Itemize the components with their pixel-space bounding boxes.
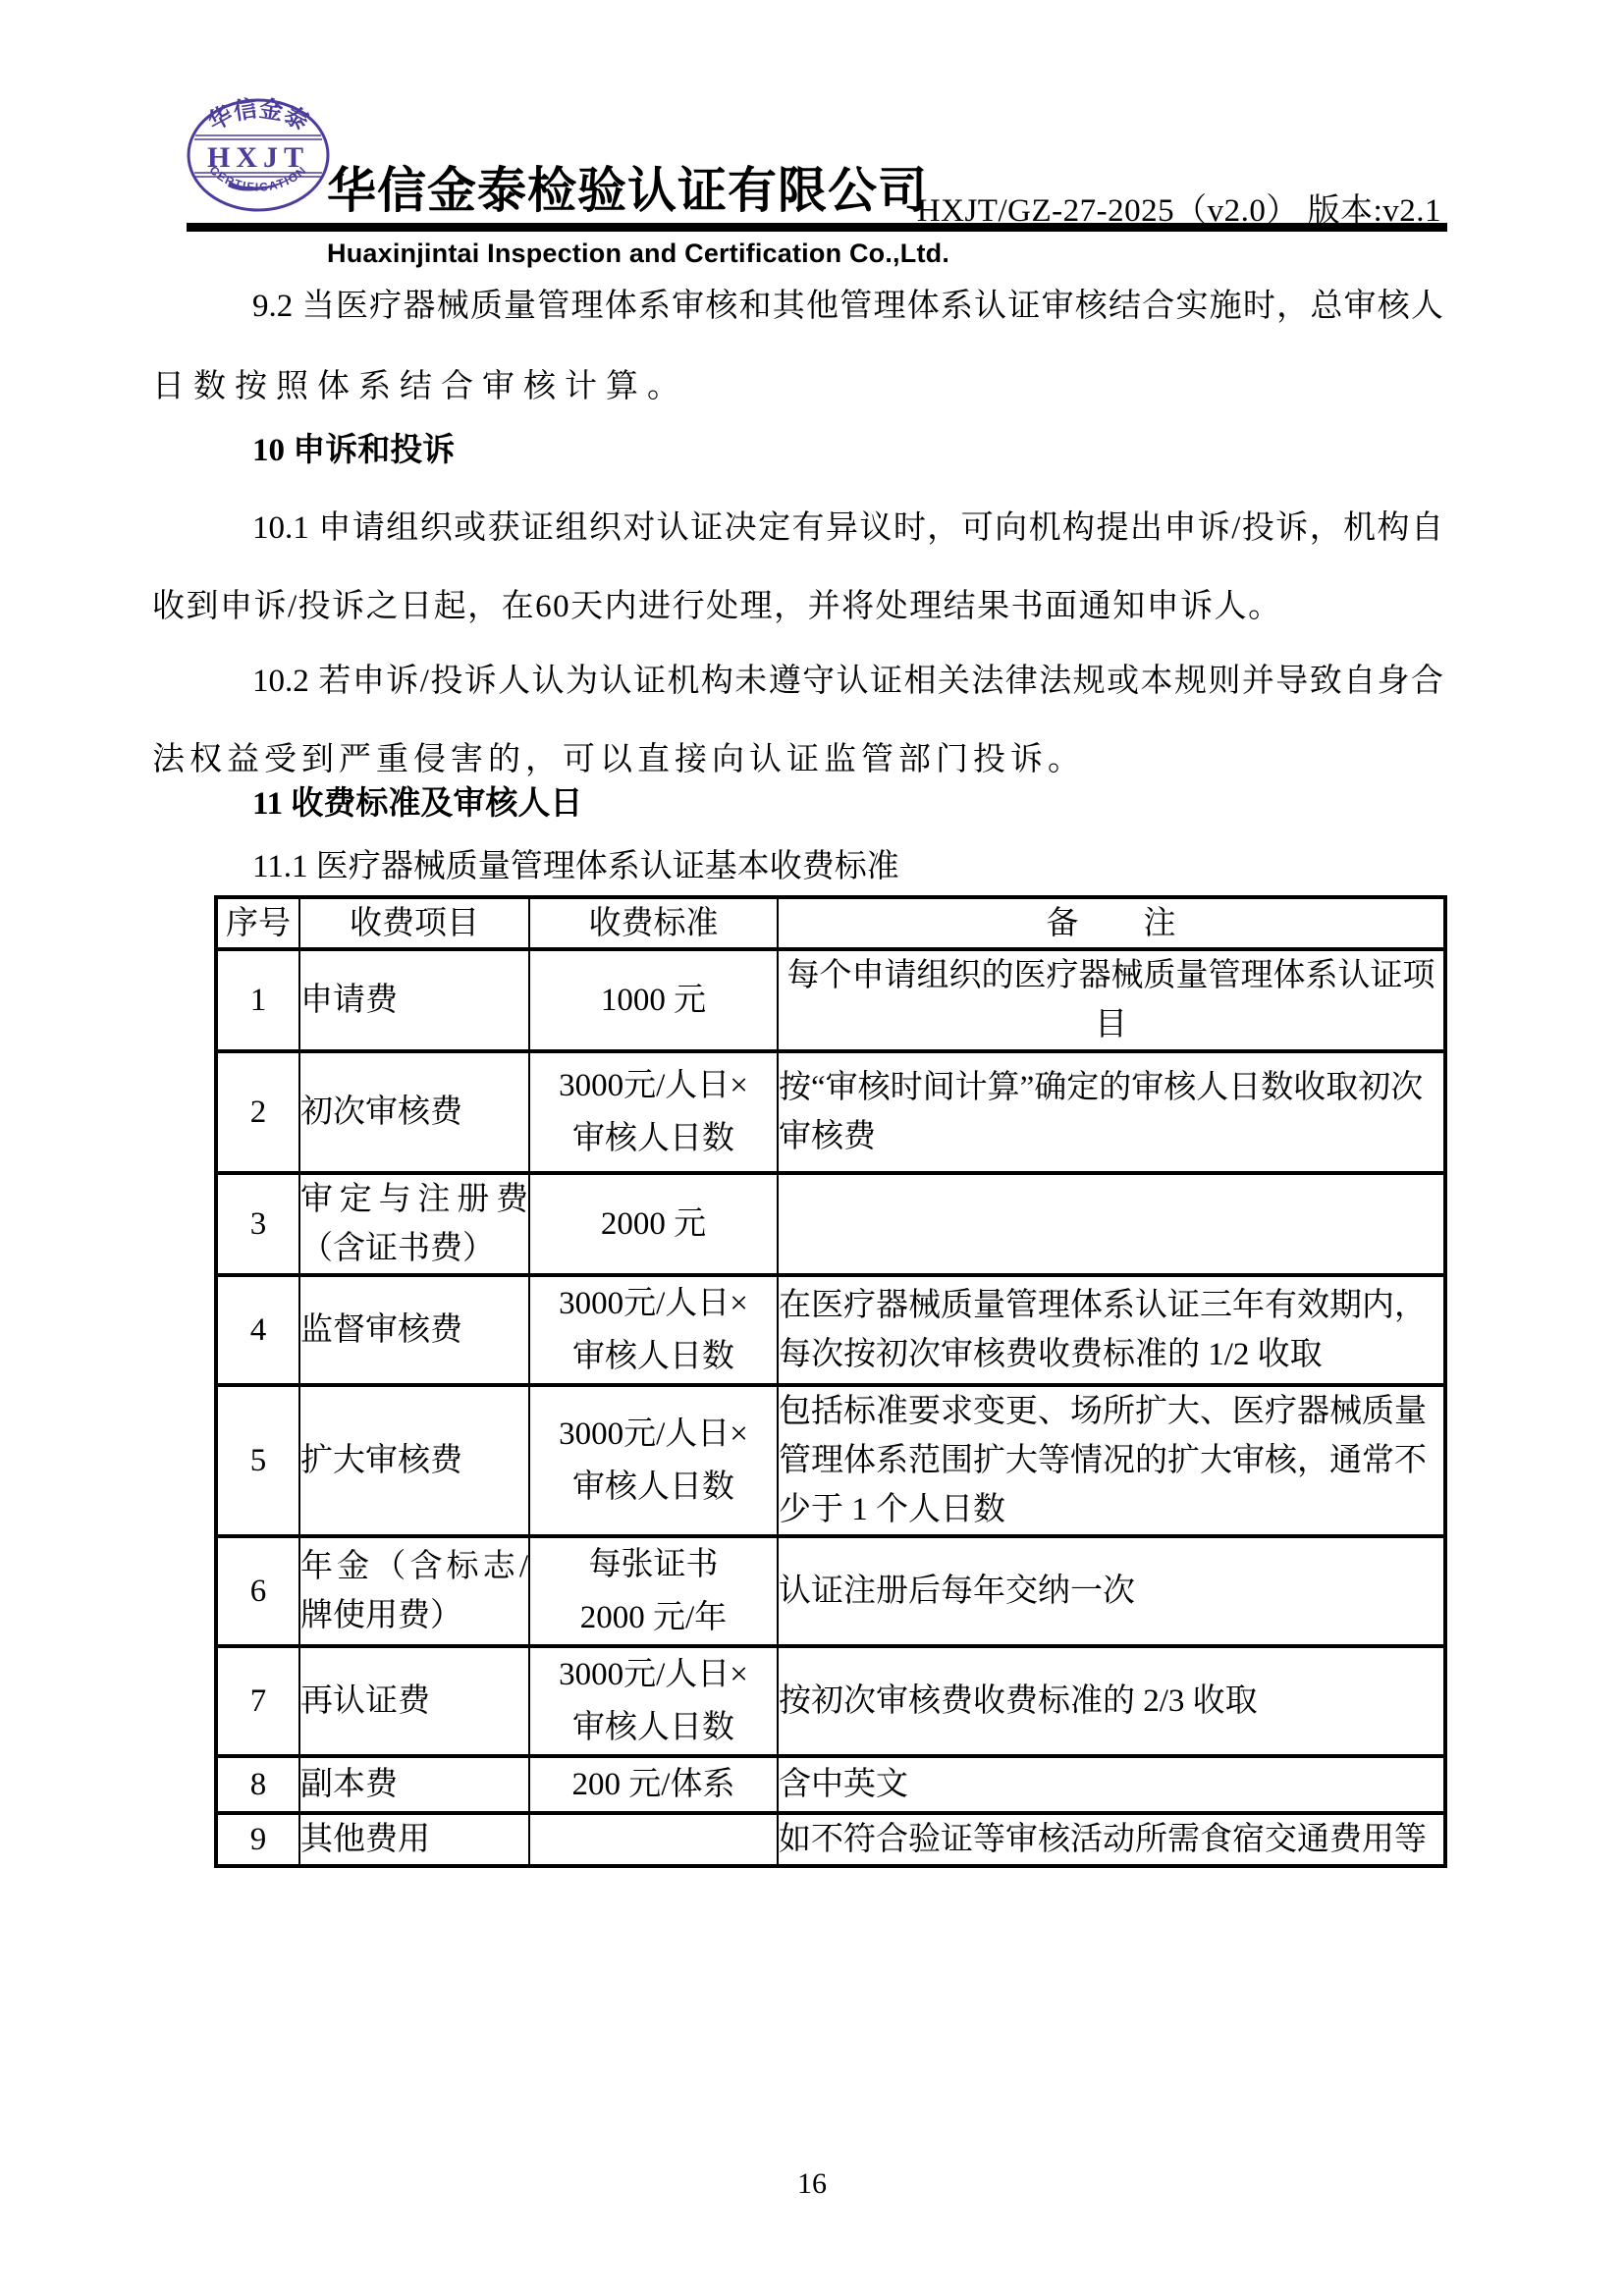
fee-row-remark: 认证注册后每年交纳一次 <box>778 1536 1445 1646</box>
fee-row-item: 再认证费 <box>299 1646 529 1756</box>
fee-row-remark: 每个申请组织的医疗器械质量管理体系认证项目 <box>778 949 1445 1051</box>
fee-row-no: 5 <box>216 1385 299 1536</box>
col-header-standard: 收费标准 <box>529 897 778 949</box>
paragraph-10-2-line2: 法权益受到严重侵害的，可以直接向认证监管部门投诉。 <box>152 739 1085 780</box>
fee-row-item: 副本费 <box>299 1756 529 1813</box>
fee-row-standard: 3000元/人日× 审核人日数 <box>529 1275 778 1385</box>
fee-table-row: 2 初次审核费 3000元/人日× 审核人日数 按“审核时间计算”确定的审核人日… <box>216 1051 1445 1173</box>
fee-table-header-row: 序号 收费项目 收费标准 备 注 <box>216 897 1445 949</box>
company-name-cn: 华信金泰检验认证有限公司 <box>327 151 928 222</box>
page-number: 16 <box>0 2167 1624 2201</box>
company-seal-logo: 华信金泰 HXJT CERTIFICATION <box>185 96 332 216</box>
fee-row-remark: 包括标准要求变更、场所扩大、医疗器械质量管理体系范围扩大等情况的扩大审核，通常不… <box>778 1385 1445 1536</box>
fee-row-remark: 在医疗器械质量管理体系认证三年有效期内，每次按初次审核费收费标准的 1/2 收取 <box>778 1275 1445 1385</box>
fee-row-remark <box>778 1173 1445 1275</box>
fee-row-no: 6 <box>216 1536 299 1646</box>
fee-row-item: 监督审核费 <box>299 1275 529 1385</box>
fee-row-no: 3 <box>216 1173 299 1275</box>
document-page: { "header": { "logo": { "top_text": "华信金… <box>0 0 1624 2296</box>
fee-row-standard: 200 元/体系 <box>529 1756 778 1813</box>
col-header-no: 序号 <box>216 897 299 949</box>
fee-table-row: 7 再认证费 3000元/人日× 审核人日数 按初次审核费收费标准的 2/3 收… <box>216 1646 1445 1756</box>
fee-row-remark: 按“审核时间计算”确定的审核人日数收取初次审核费 <box>778 1051 1445 1173</box>
fee-row-item: 审定与注册费（含证书费） <box>299 1173 529 1275</box>
fee-table-row: 1 申请费 1000 元 每个申请组织的医疗器械质量管理体系认证项目 <box>216 949 1445 1051</box>
heading-11-fee-standard: 11 收费标准及审核人日 <box>252 783 582 825</box>
fee-row-item: 申请费 <box>299 949 529 1051</box>
fee-row-no: 7 <box>216 1646 299 1756</box>
fee-row-item: 其他费用 <box>299 1813 529 1866</box>
fee-row-no: 9 <box>216 1813 299 1866</box>
fee-table-row: 5 扩大审核费 3000元/人日× 审核人日数 包括标准要求变更、场所扩大、医疗… <box>216 1385 1445 1536</box>
col-header-remark: 备 注 <box>778 897 1445 949</box>
fee-table-row: 4 监督审核费 3000元/人日× 审核人日数 在医疗器械质量管理体系认证三年有… <box>216 1275 1445 1385</box>
fee-row-standard: 1000 元 <box>529 949 778 1051</box>
fee-row-standard <box>529 1813 778 1866</box>
fee-row-no: 8 <box>216 1756 299 1813</box>
fee-row-no: 4 <box>216 1275 299 1385</box>
fee-row-remark: 含中英文 <box>778 1756 1445 1813</box>
paragraph-10-1-line2: 收到申诉/投诉之日起，在60天内进行处理，并将处理结果书面通知申诉人。 <box>152 586 1282 627</box>
fee-table-row: 6 年金（含标志/牌使用费） 每张证书 2000 元/年 认证注册后每年交纳一次 <box>216 1536 1445 1646</box>
fee-table-row: 3 审定与注册费（含证书费） 2000 元 <box>216 1173 1445 1275</box>
seal-logo-icon: 华信金泰 HXJT CERTIFICATION <box>185 96 332 216</box>
fee-row-remark: 按初次审核费收费标准的 2/3 收取 <box>778 1646 1445 1756</box>
paragraph-10-1-line1: 10.1 申请组织或获证组织对认证决定有异议时，可向机构提出申诉/投诉，机构自 <box>252 507 1443 549</box>
fee-row-standard: 2000 元 <box>529 1173 778 1275</box>
paragraph-9-2-line1: 9.2 当医疗器械质量管理体系审核和其他管理体系认证审核结合实施时，总审核人 <box>252 286 1443 327</box>
fee-row-no: 1 <box>216 949 299 1051</box>
fee-row-no: 2 <box>216 1051 299 1173</box>
fee-row-standard: 每张证书 2000 元/年 <box>529 1536 778 1646</box>
seal-top-text: 华信金泰 <box>204 96 313 135</box>
col-header-item: 收费项目 <box>299 897 529 949</box>
paragraph-10-2-line1: 10.2 若申诉/投诉人认为认证机构未遵守认证相关法律法规或本规则并导致自身合 <box>252 661 1443 702</box>
fee-row-standard: 3000元/人日× 审核人日数 <box>529 1646 778 1756</box>
fee-standard-table: 序号 收费项目 收费标准 备 注 1 申请费 1000 元 每个申请组织的医疗器… <box>214 895 1447 1868</box>
company-name-en: Huaxinjintai Inspection and Certificatio… <box>327 239 949 269</box>
paragraph-9-2-line2: 日数按照体系结合审核计算。 <box>152 366 688 407</box>
fee-row-item: 年金（含标志/牌使用费） <box>299 1536 529 1646</box>
heading-10-appeals-complaints: 10 申诉和投诉 <box>252 430 455 471</box>
fee-row-standard: 3000元/人日× 审核人日数 <box>529 1051 778 1173</box>
fee-row-standard: 3000元/人日× 审核人日数 <box>529 1385 778 1536</box>
header-divider-rule <box>187 223 1447 232</box>
fee-row-remark: 如不符合验证等审核活动所需食宿交通费用等 <box>778 1813 1445 1866</box>
fee-row-item: 扩大审核费 <box>299 1385 529 1536</box>
paragraph-11-1-table-caption: 11.1 医疗器械质量管理体系认证基本收费标准 <box>252 846 899 887</box>
fee-table-row: 8 副本费 200 元/体系 含中英文 <box>216 1756 1445 1813</box>
fee-row-item: 初次审核费 <box>299 1051 529 1173</box>
fee-table-row: 9 其他费用 如不符合验证等审核活动所需食宿交通费用等 <box>216 1813 1445 1866</box>
